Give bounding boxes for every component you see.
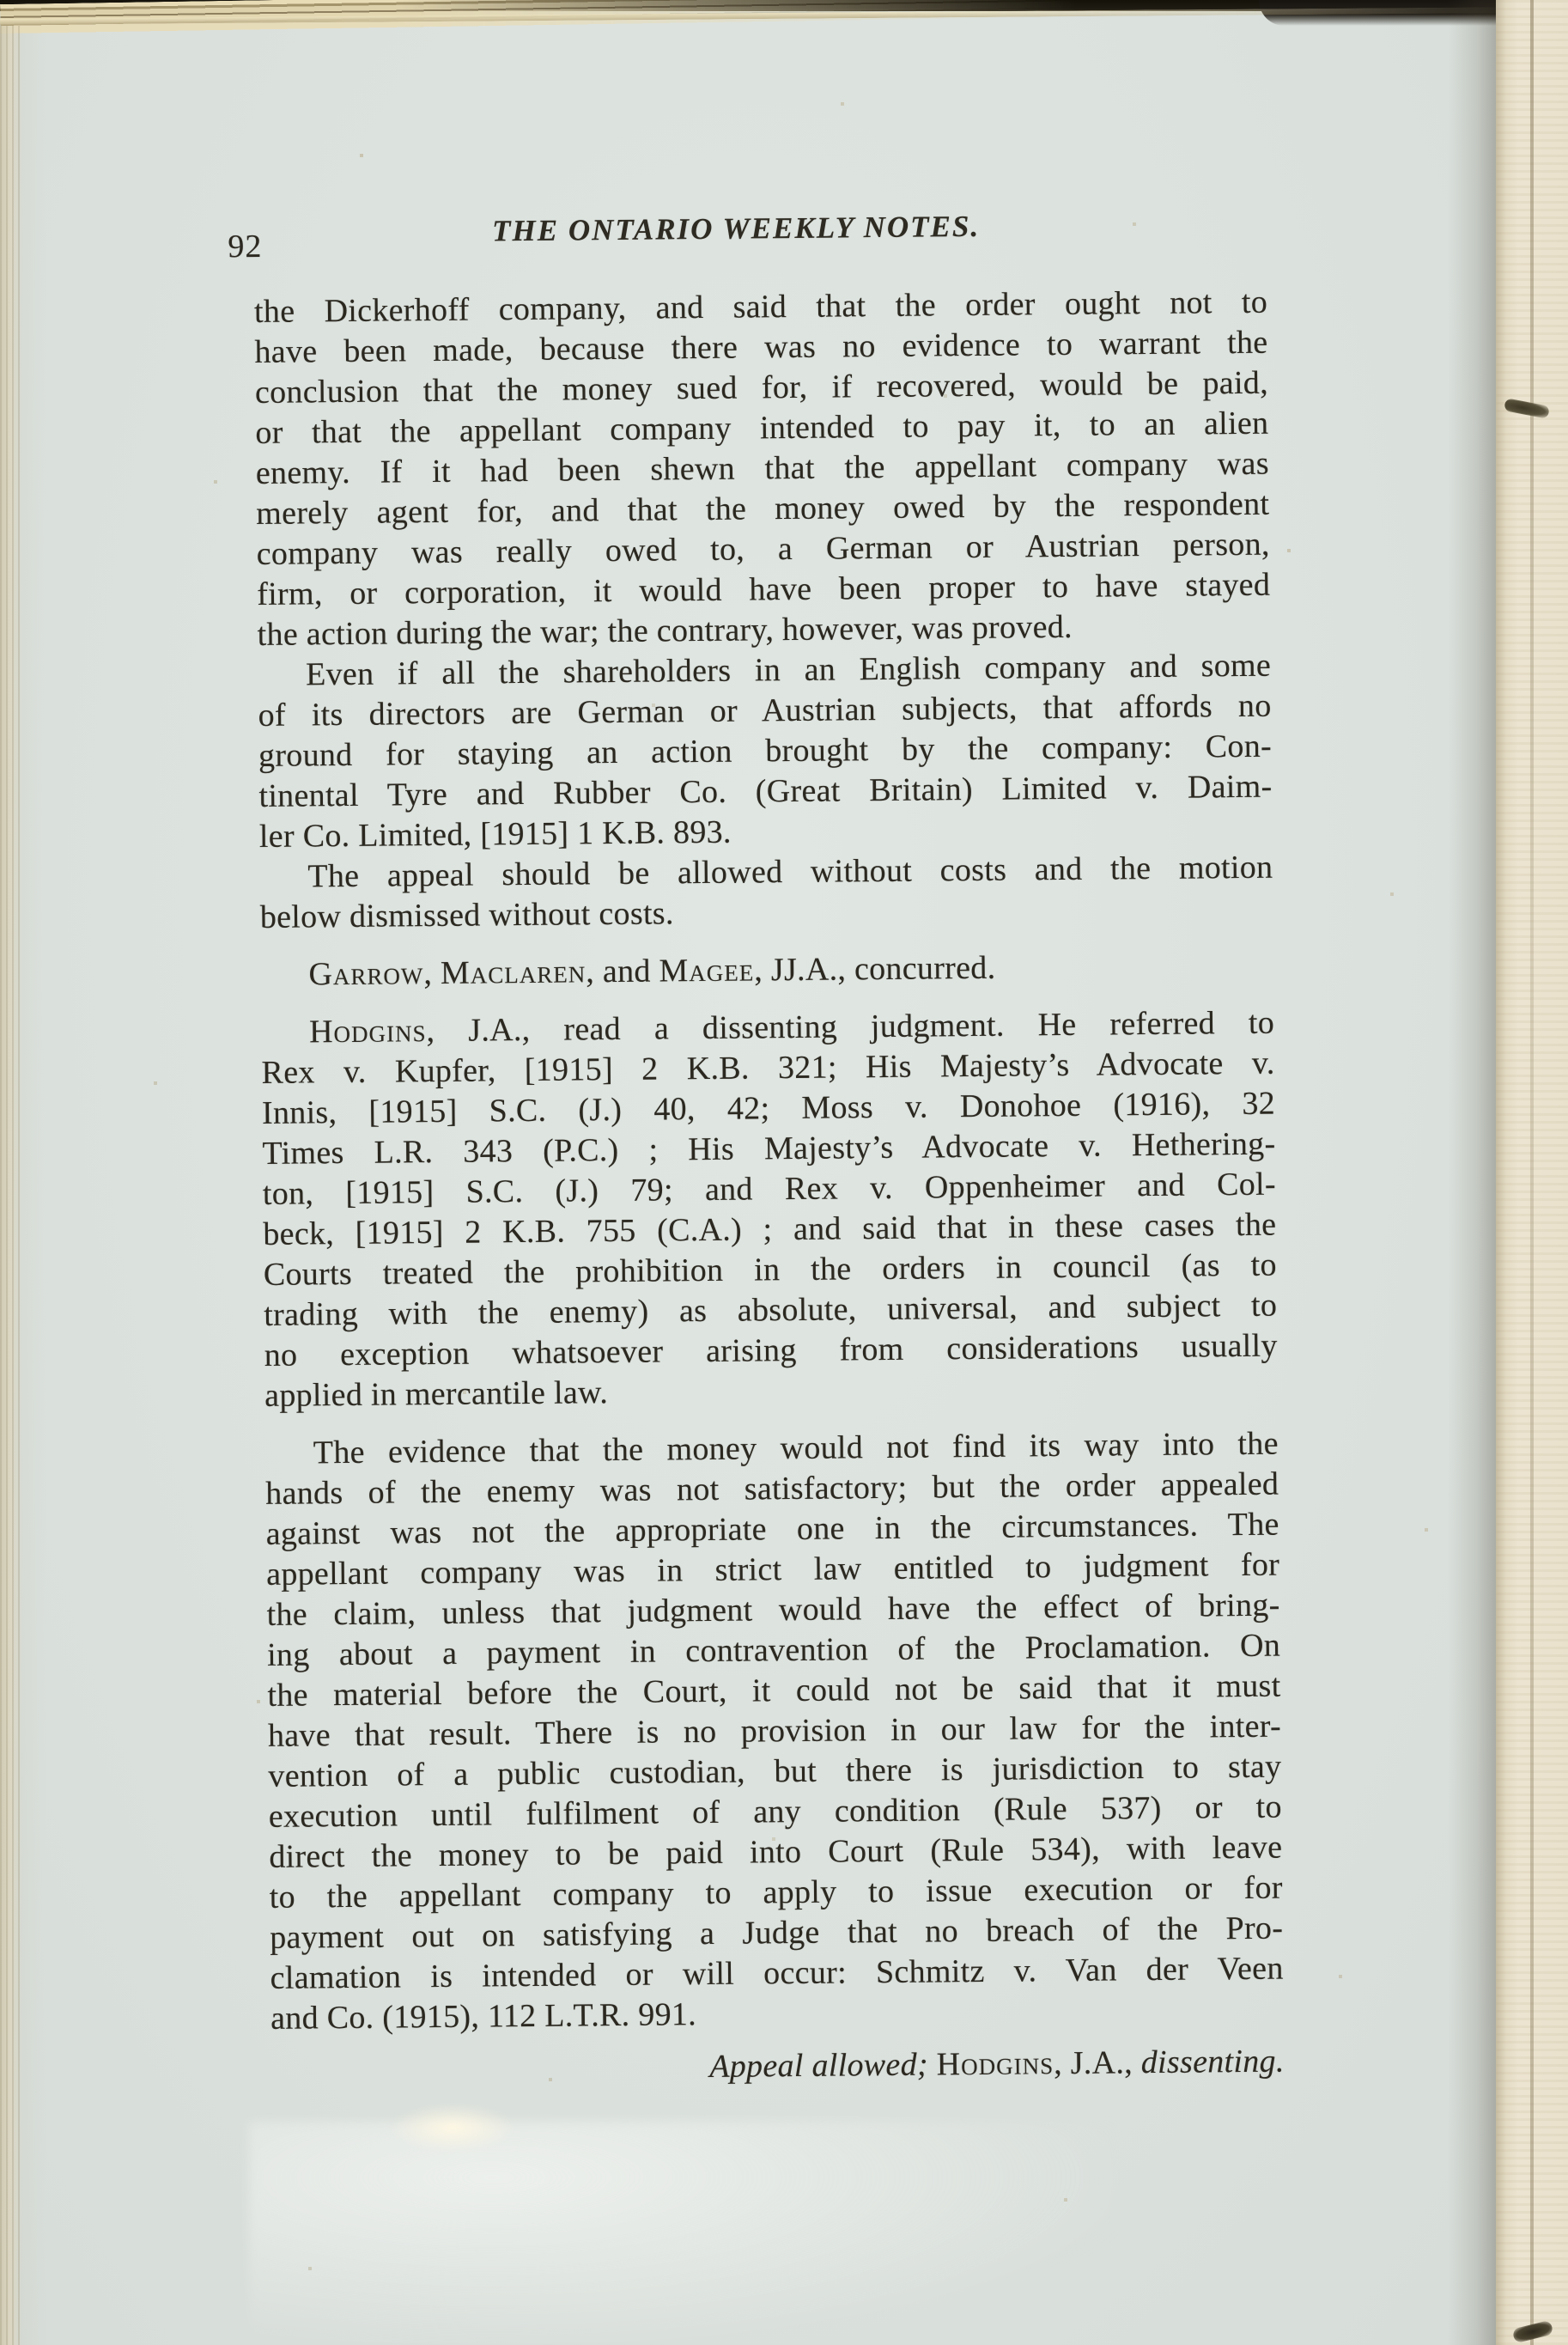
page-fold-shadow [1448,0,1496,2345]
paragraph: Even if all the shareholders in an Engli… [258,646,1273,857]
small-caps-name: Hodgins [936,2045,1054,2082]
paragraph: Hodgins, J.A., read a dissenting judgmen… [261,1003,1278,1416]
page-body: the Dickerhoff company, and said that th… [254,283,1285,2092]
running-title: THE ONTARIO WEEKLY NOTES. [253,207,1267,251]
stacked-page-edges-top [0,0,1255,47]
small-caps-name: Hodgins [309,1013,427,1050]
page-number: 92 [228,228,262,265]
stacked-page-edges-left [0,26,22,2345]
paragraph: Appeal allowed; Hodgins, J.A., dissentin… [271,2042,1285,2092]
text-line: and Co. (1915), 112 L.T.R. 991. [270,1989,1284,2039]
scan-glare [249,2122,1116,2345]
book-scan-page: 92 THE ONTARIO WEEKLY NOTES. the Dickerh… [0,0,1568,2345]
small-caps-name: Magee [659,952,754,989]
scan-glare-spot [388,2103,517,2153]
small-caps-name: Garrow [308,955,423,992]
paragraph: The appeal should be allowed without cos… [259,848,1273,938]
paragraph: the Dickerhoff company, and said that th… [254,283,1271,655]
fore-edge-crease [1530,0,1534,2345]
page-header: 92 THE ONTARIO WEEKLY NOTES. [253,207,1267,292]
paragraph: The evidence that the money would not fi… [265,1424,1285,2039]
paper-fiber-specks [0,0,2,2]
text-line: applied in mercantile law. [264,1367,1278,1416]
text-line: Appeal allowed; Hodgins, J.A., dissentin… [271,2042,1285,2092]
printed-content: 92 THE ONTARIO WEEKLY NOTES. the Dickerh… [253,207,1285,2092]
italic-text: Appeal allowed; [709,2047,928,2085]
italic-text: dissenting. [1141,2043,1285,2081]
small-caps-name: Maclaren [441,953,586,991]
text-line: below dismissed without costs. [260,888,1273,938]
paragraph: Garrow, Maclaren, and Magee, JJ.A., conc… [260,946,1273,996]
text-line: Garrow, Maclaren, and Magee, JJ.A., conc… [260,946,1273,996]
